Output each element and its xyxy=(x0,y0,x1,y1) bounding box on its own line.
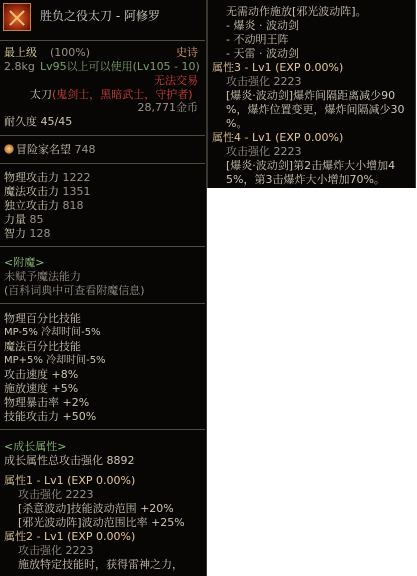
phys-skill-title: 物理百分比技能 xyxy=(4,312,81,325)
enchant-header: <附魔> xyxy=(4,256,44,269)
divider xyxy=(0,135,205,136)
stat-row: 魔法攻击力 1351 xyxy=(4,185,91,198)
growth-attr-title: 属性4 - Lv1 (EXP 0.00%) xyxy=(212,131,343,144)
growth-attr-line: - 天雷 · 波动剑 xyxy=(226,47,299,60)
enchant-hint: (百科词典中可查看附魔信息) xyxy=(4,284,145,297)
growth-attr-line: [爆炎·波动剑]爆炸间隔距离减少90 xyxy=(226,89,395,102)
attack-speed: 攻击速度 +8% xyxy=(4,368,78,381)
divider xyxy=(0,246,205,247)
item-price: 28,771金币 xyxy=(138,101,199,114)
item-grade: 最上级 xyxy=(4,46,37,59)
item-name: 胜负之役太刀 - 阿修罗 xyxy=(40,10,160,23)
growth-attr-title: 属性1 - Lv1 (EXP 0.00%) xyxy=(4,474,135,487)
magic-skill-detail: MP+5% 冷却时间-5% xyxy=(4,354,106,367)
growth-attr-line: %。 xyxy=(226,117,247,130)
magic-skill-title: 魔法百分比技能 xyxy=(4,340,81,353)
divider xyxy=(0,303,205,304)
item-rarity: 史诗 xyxy=(176,46,198,59)
item-level-req: Lv95以上可以使用(Lv105 - 10) xyxy=(40,60,200,73)
divider xyxy=(0,429,205,430)
growth-attr-line: 施放特定技能时，获得雷神之力， xyxy=(18,558,183,571)
growth-attr-line: - 爆炎 · 波动剑 xyxy=(226,19,299,32)
growth-attr-title: 属性2 - Lv1 (EXP 0.00%) xyxy=(4,530,135,543)
divider xyxy=(0,40,205,41)
stat-row: 独立攻击力 818 xyxy=(4,199,84,212)
growth-attr-line: 无需动作施放[邪光波动阵]。 xyxy=(226,5,367,18)
item-type: 太刀 xyxy=(30,88,52,101)
growth-attr-line: %，爆炸位置变更，爆炸间隔减少30 xyxy=(226,103,404,116)
item-grade-pct: (100%) xyxy=(50,46,90,59)
growth-attr-atk: 攻击强化 2223 xyxy=(18,488,94,501)
stat-row: 物理攻击力 1222 xyxy=(4,171,91,184)
katana-item-icon xyxy=(3,3,31,31)
item-tooltip-right-panel: 无需动作施放[邪光波动阵]。 - 爆炎 · 波动剑 - 不动明王阵 - 天雷 ·… xyxy=(207,0,416,188)
growth-header: <成长属性> xyxy=(4,440,66,453)
growth-total: 成长属性总攻击强化 8892 xyxy=(4,454,135,467)
fame-value: 748 xyxy=(75,143,96,156)
fame-line: 冒险家名望 748 xyxy=(4,143,96,156)
item-classes: (鬼剑士，黑暗武士，守护者) xyxy=(52,88,193,101)
phys-crit: 物理暴击率 +2% xyxy=(4,396,89,409)
growth-attr-line: [杀意波动]技能波动范围 +20% xyxy=(18,502,174,515)
growth-attr-atk: 攻击强化 2223 xyxy=(226,145,302,158)
item-durability: 耐久度 45/45 xyxy=(4,115,72,128)
divider xyxy=(0,163,205,164)
cast-speed: 施放速度 +5% xyxy=(4,382,78,395)
stat-row: 智力 128 xyxy=(4,227,51,240)
enchant-status: 未赋予魔法能力 xyxy=(4,270,81,283)
fame-emblem-icon xyxy=(4,144,14,154)
phys-skill-detail: MP-5% 冷却时间-5% xyxy=(4,326,101,339)
growth-attr-line: [邪光波动阵]波动范围比率 +25% xyxy=(18,516,185,529)
stat-row: 力量 85 xyxy=(4,213,44,226)
fame-label: 冒险家名望 xyxy=(16,143,71,156)
growth-attr-atk: 攻击强化 2223 xyxy=(226,75,302,88)
growth-attr-line: - 不动明王阵 xyxy=(226,33,288,46)
growth-attr-line: [爆炎·波动剑]第2击爆炸大小增加4 xyxy=(226,159,395,172)
item-weight: 2.8kg xyxy=(4,60,35,73)
growth-attr-atk: 攻击强化 2223 xyxy=(18,544,94,557)
skill-attack: 技能攻击力 +50% xyxy=(4,410,96,423)
item-trade: 无法交易 xyxy=(154,74,198,87)
item-tooltip-left-panel: 胜负之役太刀 - 阿修罗 最上级 (100%) 史诗 2.8kg Lv95以上可… xyxy=(0,0,207,576)
growth-attr-line: 5%，第3击爆炸大小增加70%。 xyxy=(226,173,385,186)
item-type-line: 太刀(鬼剑士，黑暗武士，守护者) xyxy=(30,88,193,101)
growth-attr-title: 属性3 - Lv1 (EXP 0.00%) xyxy=(212,61,343,74)
